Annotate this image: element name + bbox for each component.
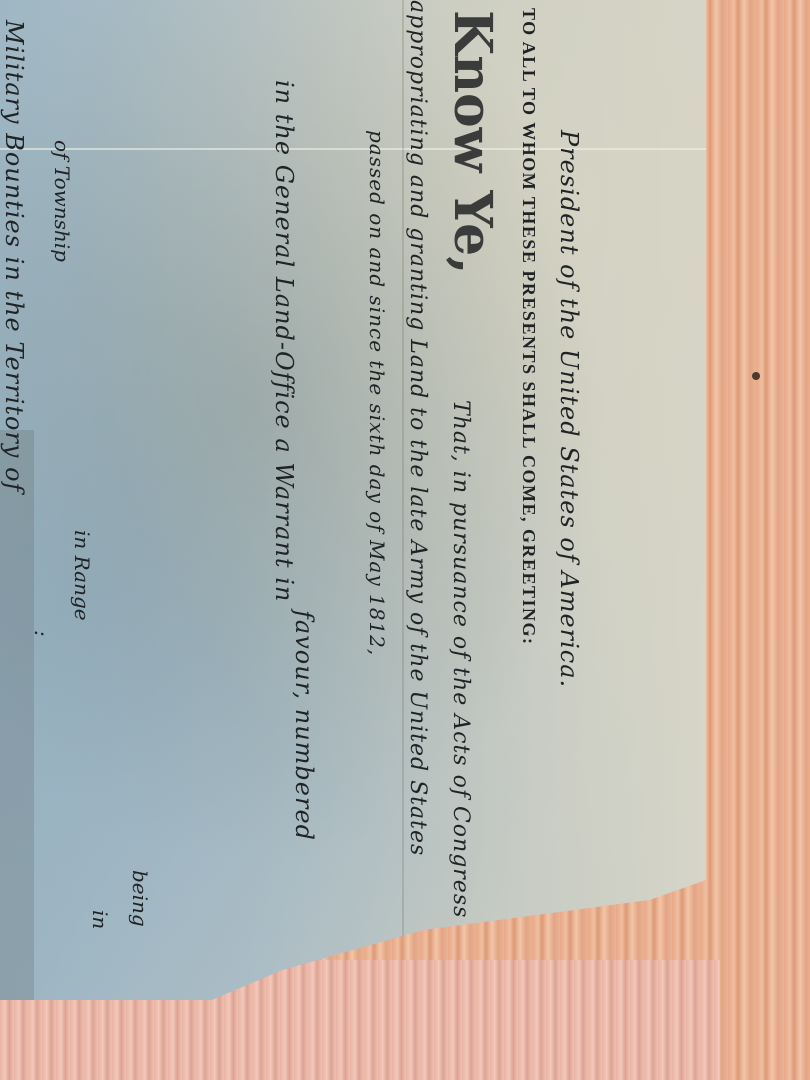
land-office-line: in the General Land-Office a Warrant in bbox=[270, 80, 298, 602]
in-label: in bbox=[88, 910, 112, 929]
land-warrant-document: President of the United States of Americ… bbox=[0, 0, 706, 1000]
acts-line: That, in pursuance of the Acts of Congre… bbox=[448, 400, 473, 918]
granting-line: appropriating and granting Land to the l… bbox=[405, 0, 430, 856]
paper-fold-horizontal bbox=[0, 148, 706, 150]
colon-mark: : bbox=[30, 630, 54, 637]
paper-fold-vertical bbox=[402, 0, 404, 1000]
favour-numbered: favour, numbered bbox=[290, 610, 318, 841]
know-ye-heading: Know Ye, bbox=[442, 10, 503, 274]
greeting-line: TO ALL TO WHOM THESE PRESENTS SHALL COME… bbox=[518, 8, 539, 646]
township-label: of Township bbox=[50, 140, 74, 262]
wood-mark bbox=[752, 372, 760, 380]
range-label: in Range bbox=[70, 530, 94, 621]
being-label: being bbox=[128, 870, 152, 927]
paper-shadow bbox=[0, 430, 34, 1080]
territory-line: Military Bounties in the Territory of bbox=[0, 20, 28, 492]
president-line: President of the United States of Americ… bbox=[555, 130, 583, 688]
date-line: passed on and since the sixth day of May… bbox=[365, 130, 389, 656]
